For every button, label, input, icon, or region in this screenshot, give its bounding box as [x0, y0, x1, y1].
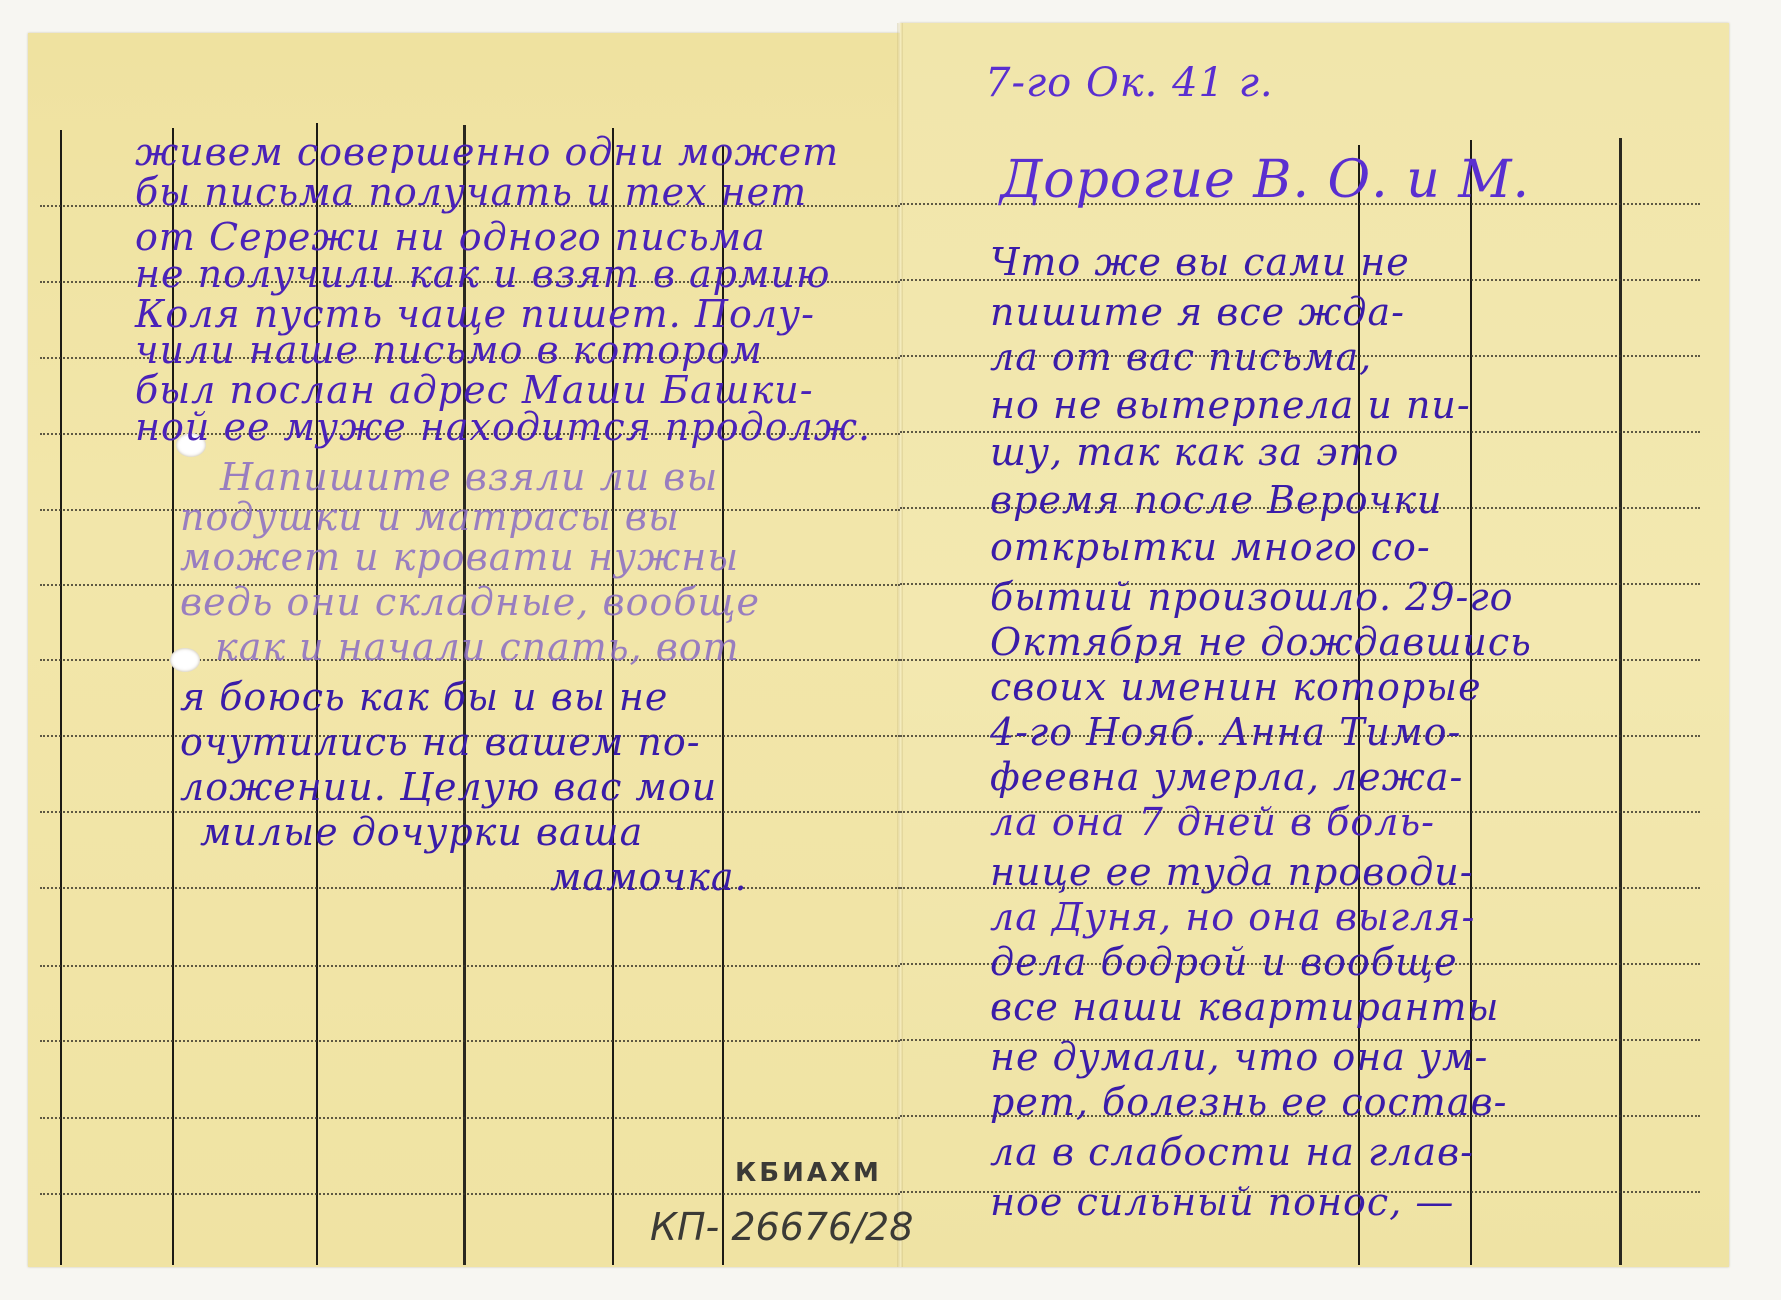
handwritten-line: шу, так как за это [990, 430, 1399, 474]
handwritten-line: живем совершенно одни может [135, 130, 839, 174]
handwritten-line: нице ее туда проводи- [990, 850, 1474, 894]
vertical-rule [1619, 138, 1622, 1265]
dotted-rule [40, 1040, 900, 1042]
handwritten-line: чили наше письмо в котором [135, 328, 763, 372]
handwritten-line: 4-го Нояб. Анна Тимо- [990, 710, 1461, 754]
punch-hole [170, 648, 200, 672]
letter-greeting: Дорогие В. О. и М. [1000, 150, 1530, 210]
handwritten-line: очутились на вашем по- [180, 720, 701, 764]
handwritten-line: может и кровати нужны [180, 535, 739, 579]
handwritten-line: милые дочурки ваша [200, 810, 643, 854]
handwritten-line: ное сильный понос, — [990, 1180, 1454, 1224]
handwritten-line: ведь они складные, вообще [180, 580, 760, 624]
handwritten-line: феевна умерла, лежа- [990, 755, 1463, 799]
handwritten-line: открытки много со- [990, 525, 1431, 569]
handwritten-line: своих именин которые [990, 665, 1482, 709]
handwritten-line: не получили как и взят в армию [135, 252, 830, 296]
handwritten-line: бытий произошло. 29-го [990, 575, 1513, 619]
handwritten-line: рет, болезнь ее состав- [990, 1080, 1507, 1124]
vertical-rule [60, 130, 62, 1265]
letter-date: 7-го Ок. 41 г. [985, 60, 1274, 106]
handwritten-line: ла она 7 дней в боль- [990, 800, 1435, 844]
signature: мамочка. [550, 855, 748, 899]
dotted-rule [40, 887, 900, 889]
handwritten-line: подушки и матрасы вы [180, 495, 680, 539]
handwritten-line: но не вытерпела и пи- [990, 383, 1471, 427]
center-fold [897, 23, 903, 1267]
handwritten-line: я боюсь как бы и вы не [180, 675, 668, 719]
handwritten-line: дела бодрой и вообще [990, 940, 1458, 984]
handwritten-line: ла от вас письма, [990, 335, 1372, 379]
archive-inventory-number: КП- 26676/28 [650, 1205, 913, 1249]
handwritten-line: Октября не дождавшись [990, 620, 1532, 664]
handwritten-line: пишите я все жда- [990, 290, 1405, 334]
handwritten-line: ложении. Целую вас мои [180, 765, 717, 809]
dotted-rule [40, 965, 900, 967]
handwritten-line: ла Дуня, но она выгля- [990, 895, 1475, 939]
handwritten-line: не думали, что она ум- [990, 1035, 1488, 1079]
handwritten-line: Что же вы сами не [990, 240, 1410, 284]
handwritten-line: бы письма получать и тех нет [135, 170, 807, 214]
handwritten-line: все наши квартиранты [990, 985, 1500, 1029]
handwritten-line: ной ее муже находится продолж. [135, 405, 871, 449]
dotted-rule [40, 1193, 900, 1195]
handwritten-line: Напишите взяли ли вы [220, 455, 718, 499]
archive-collection-code: КБИАХМ [735, 1158, 882, 1188]
dotted-rule [40, 1117, 900, 1119]
handwritten-line: ла в слабости на глав- [990, 1130, 1474, 1174]
handwritten-line: время после Верочки [990, 478, 1443, 522]
handwritten-line: как и начали спать, вот [215, 625, 740, 669]
